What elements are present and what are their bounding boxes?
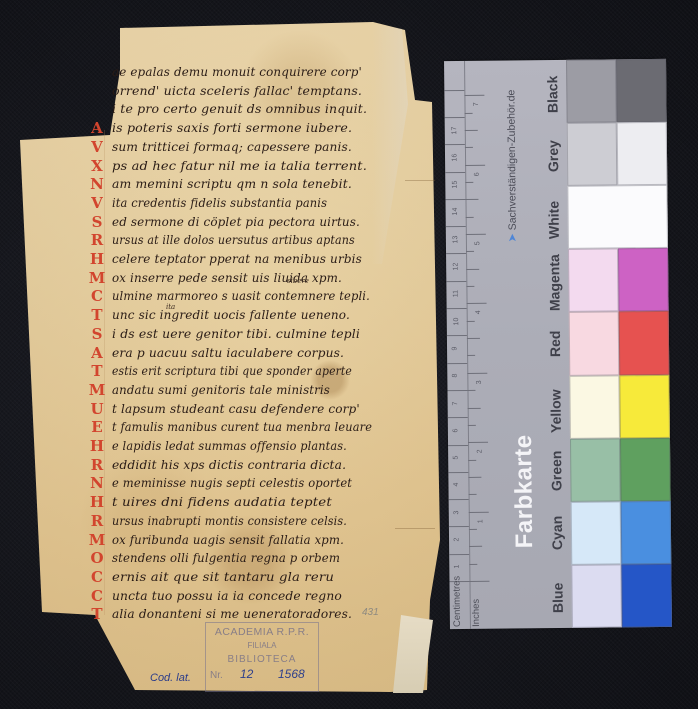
cm-tick-label: 16 [451, 153, 458, 161]
cm-tick [446, 226, 466, 227]
manuscript-line: e lapidis ledat summas offensio plantas. [112, 440, 347, 453]
swatch-white [567, 185, 668, 249]
cm-tick-label: 9 [451, 347, 458, 351]
cm-tick [449, 526, 469, 527]
cm-tick [445, 117, 465, 118]
manuscript-line: t uires dni fidens audatia teptet [112, 496, 332, 509]
inch-tick [467, 373, 487, 374]
inch-tick [465, 130, 478, 131]
manuscript-line: era p uacuu saltu iaculabere corpus. [112, 347, 344, 360]
cm-tick-label: 8 [452, 374, 459, 378]
rubricated-initial: T [88, 607, 106, 622]
color-label-grey: Grey [545, 140, 561, 172]
rubricated-initial: N [88, 177, 106, 192]
tear-line [395, 528, 435, 529]
rubricated-initial: T [88, 308, 106, 323]
cm-tick [449, 499, 469, 500]
rubricated-initial: U [88, 402, 106, 417]
swatch-cyan-light [571, 501, 622, 565]
manuscript-line: ps ad hec fatur nil me ia talia terrent. [112, 160, 367, 173]
rubricated-initial: X [88, 159, 106, 174]
cm-tick-label: 15 [452, 181, 459, 189]
cm-tick-label: 2 [453, 538, 460, 542]
swatch-magenta-dark [618, 248, 669, 312]
interlinear-gloss: sibere [287, 277, 309, 285]
rubricated-initial: C [88, 289, 106, 304]
rubricated-initial: C [88, 570, 106, 585]
inches-label: Inches [471, 599, 482, 627]
cm-tick [444, 90, 464, 91]
rubricated-initial: H [88, 439, 106, 454]
manuscript-line: ita credentis fidelis substantia panis [112, 197, 327, 210]
inch-tick [466, 286, 474, 287]
inch-tick [467, 321, 475, 322]
manuscript-line: eddidit his xps dictis contraria dicta. [112, 459, 346, 472]
swatch-grid [566, 59, 672, 628]
swatch-green-light [570, 438, 621, 502]
inch-tick [467, 390, 475, 391]
rubricated-initial: E [88, 420, 106, 435]
pencil-folio-number: 431 [362, 607, 379, 618]
color-label-cyan: Cyan [549, 516, 565, 550]
swatch-black-dark [616, 59, 667, 123]
rubricated-initial: N [88, 476, 106, 491]
inch-tick [468, 425, 476, 426]
rubricated-initial: R [88, 514, 106, 529]
manuscript-line: stendens olli fulgentia regna p orbem [112, 552, 340, 565]
manuscript-line: e meminisse nugis septi celestis oportet [112, 477, 352, 490]
inch-tick [469, 511, 489, 512]
cm-tick [447, 363, 467, 364]
swatch-blue-dark [621, 564, 672, 628]
cm-tick [445, 199, 465, 200]
swatch-green-dark [620, 437, 671, 501]
cm-tick [445, 171, 465, 172]
inch-tick [467, 355, 475, 356]
manuscript-line: unc sic ingredit uocis fallente ueneno. [112, 309, 350, 322]
color-label-black: Black [544, 75, 560, 113]
inch-tick-label: 1 [477, 519, 484, 523]
swatch-black-light [566, 59, 617, 123]
inch-tick [469, 563, 477, 564]
color-label-green: Green [548, 451, 564, 492]
swatch-yellow-dark [619, 374, 670, 438]
manuscript-line: ernis ait que sit tantaru gla reru [112, 571, 334, 584]
rubricated-initial: A [88, 121, 106, 136]
rubricated-initial: O [88, 551, 106, 566]
swatch-red-light [569, 312, 620, 376]
cm-tick [446, 253, 466, 254]
inch-tick [468, 407, 481, 408]
cm-tick-label: 7 [452, 401, 459, 405]
cm-tick-label: 17 [451, 126, 458, 134]
rubricated-initial: M [88, 533, 106, 548]
manuscript-line: alia donanteni si me ueneratoradores. [112, 608, 352, 621]
cm-tick-label: 5 [453, 456, 460, 460]
inch-tick [466, 234, 486, 235]
manuscript-line: is poteris saxis forti sermone iubere. [112, 122, 352, 135]
stamp-number-a: 12 [240, 667, 253, 681]
swatch-red-dark [619, 311, 670, 375]
rubricated-initial: A [88, 346, 106, 361]
inch-tick [468, 477, 481, 478]
manuscript-line: ox furibunda uagis sensit fallatia xpm. [112, 534, 344, 547]
inch-tick [465, 147, 473, 148]
inch-tick [465, 164, 485, 165]
cm-tick-label: 12 [453, 263, 460, 271]
manuscript-line: orrend' uicta sceleris fallac' temptans. [112, 85, 362, 98]
rubricated-initial: H [88, 252, 106, 267]
inch-tick [466, 269, 479, 270]
inch-tick [469, 581, 489, 582]
inch-tick [464, 95, 484, 96]
inch-tick-label: 5 [474, 241, 481, 245]
inch-tick [467, 338, 480, 339]
inch-tick [465, 199, 478, 200]
manuscript-line: estis erit scriptura tibi que sponder ap… [112, 365, 352, 378]
inch-tick [469, 529, 477, 530]
cm-tick-label: 6 [452, 428, 459, 432]
cm-tick [445, 144, 465, 145]
inch-tick [468, 442, 488, 443]
stamp-number-b: 1568 [278, 667, 305, 681]
manuscript-line: i te pro certo genuit ds omnibus inquit. [112, 103, 367, 116]
inch-tick-label: 2 [477, 450, 484, 454]
rubricated-initial: V [88, 196, 106, 211]
cm-tick-label: 10 [453, 317, 460, 325]
cm-tick-label: 4 [453, 483, 460, 487]
rubricated-initial: V [88, 140, 106, 155]
cm-tick [447, 335, 467, 336]
color-calibration-card: 1234567891011121314151617 1234567 Centim… [444, 59, 672, 629]
manuscript-line: andatu sumi genitoris tale ministris [112, 384, 330, 397]
cm-tick [449, 554, 469, 555]
rubricated-initial: S [88, 215, 106, 230]
cm-tick-label: 13 [452, 235, 459, 243]
inch-tick [467, 303, 487, 304]
manuscript-line: uncta tuo possu ia ia concede regno [112, 590, 342, 603]
rubricated-initial: R [88, 458, 106, 473]
manuscript-line: ed sermone di cöplet pia pectora uirtus. [112, 216, 360, 229]
stamp-line-3: BIBLIOTECA [206, 654, 318, 665]
inch-tick-label: 4 [475, 311, 482, 315]
color-label-blue: Blue [550, 583, 566, 614]
interlinear-gloss: ita [166, 303, 175, 311]
swatch-magenta-light [568, 249, 619, 313]
cm-tick-label: 3 [453, 510, 460, 514]
manuscript-fragment: AVXNVSRHMCTSATMUEHRNHRMOCCT ae epalas de… [0, 0, 460, 709]
brand-text: ➤ Sachverständigen-Zubehör.de [504, 90, 519, 243]
library-stamp: ACADEMIA R.P.R. FILIALA BIBLIOTECA Nr. 1… [205, 622, 319, 692]
color-label-yellow: Yellow [547, 389, 563, 433]
manuscript-line: ursus inabrupti montis consistere celsis… [112, 515, 347, 528]
tear-line [405, 180, 435, 181]
card-title: Farbkarte [510, 434, 539, 548]
color-label-red: Red [547, 330, 563, 357]
color-label-magenta: Magenta [546, 254, 563, 311]
cm-tick [446, 281, 466, 282]
cm-tick-label: 14 [452, 208, 459, 216]
manuscript-line: ae epalas demu monuit conquirere corp' [112, 66, 362, 79]
cm-tick [447, 390, 467, 391]
manuscript-line: am memini scriptu qm n sola tenebit. [112, 178, 352, 191]
inch-tick-label: 7 [473, 103, 480, 107]
manuscript-line: ulmine marmoreo s uasit contemnere tepli… [112, 290, 370, 303]
brand-logo-icon: ➤ [507, 233, 519, 242]
centimetres-label: Centimetres [451, 576, 463, 627]
cm-tick [447, 308, 467, 309]
rubricated-initial: R [88, 233, 106, 248]
shelfmark-label: Cod. lat. [150, 672, 191, 684]
stamp-line-1: ACADEMIA R.P.R. [206, 626, 318, 638]
swatch-cyan-dark [621, 501, 672, 565]
cm-tick-label: 1 [454, 565, 461, 569]
inch-tick [465, 182, 473, 183]
inch-tick [468, 459, 476, 460]
inch-ruler: 1234567 [464, 61, 492, 629]
stamp-line-2: FILIALA [206, 641, 318, 650]
rubricated-initial: M [88, 383, 106, 398]
inch-tick [466, 217, 474, 218]
brand-name: Sachverständigen-Zubehör.de [505, 90, 518, 231]
swatch-grey-light [567, 122, 618, 186]
cm-tick [448, 417, 468, 418]
rubricated-initial: H [88, 495, 106, 510]
rubricated-initial: C [88, 589, 106, 604]
cm-tick [448, 444, 468, 445]
color-label-white: White [546, 201, 562, 239]
inch-tick [466, 251, 474, 252]
rubricated-initial: M [88, 271, 106, 286]
stamp-nr-label: Nr. [210, 670, 223, 681]
inch-tick-label: 6 [474, 172, 481, 176]
inch-tick [469, 546, 482, 547]
cm-tick-label: 11 [453, 290, 460, 297]
swatch-grey-dark [617, 122, 668, 186]
manuscript-line: sum tritticei formaq; capessere panis. [112, 141, 352, 154]
cm-tick [448, 472, 468, 473]
inch-tick-label: 3 [476, 380, 483, 384]
inch-tick [469, 494, 477, 495]
manuscript-line: celere teptator pperat na menibus urbis [112, 253, 362, 266]
manuscript-line: i ds est uere genitor tibi. culmine tepl… [112, 328, 360, 341]
rubricated-initial: T [88, 364, 106, 379]
manuscript-line: t lapsum studeant casu defendere corp' [112, 403, 360, 416]
swatch-blue-light [571, 564, 622, 628]
manuscript-line: ursus at ille dolos uersutus artibus apt… [112, 234, 355, 247]
inch-tick [465, 112, 473, 113]
rubricated-initial: S [88, 327, 106, 342]
manuscript-line: t famulis manibus curent tua menbra leua… [112, 421, 372, 434]
swatch-yellow-light [569, 375, 620, 439]
